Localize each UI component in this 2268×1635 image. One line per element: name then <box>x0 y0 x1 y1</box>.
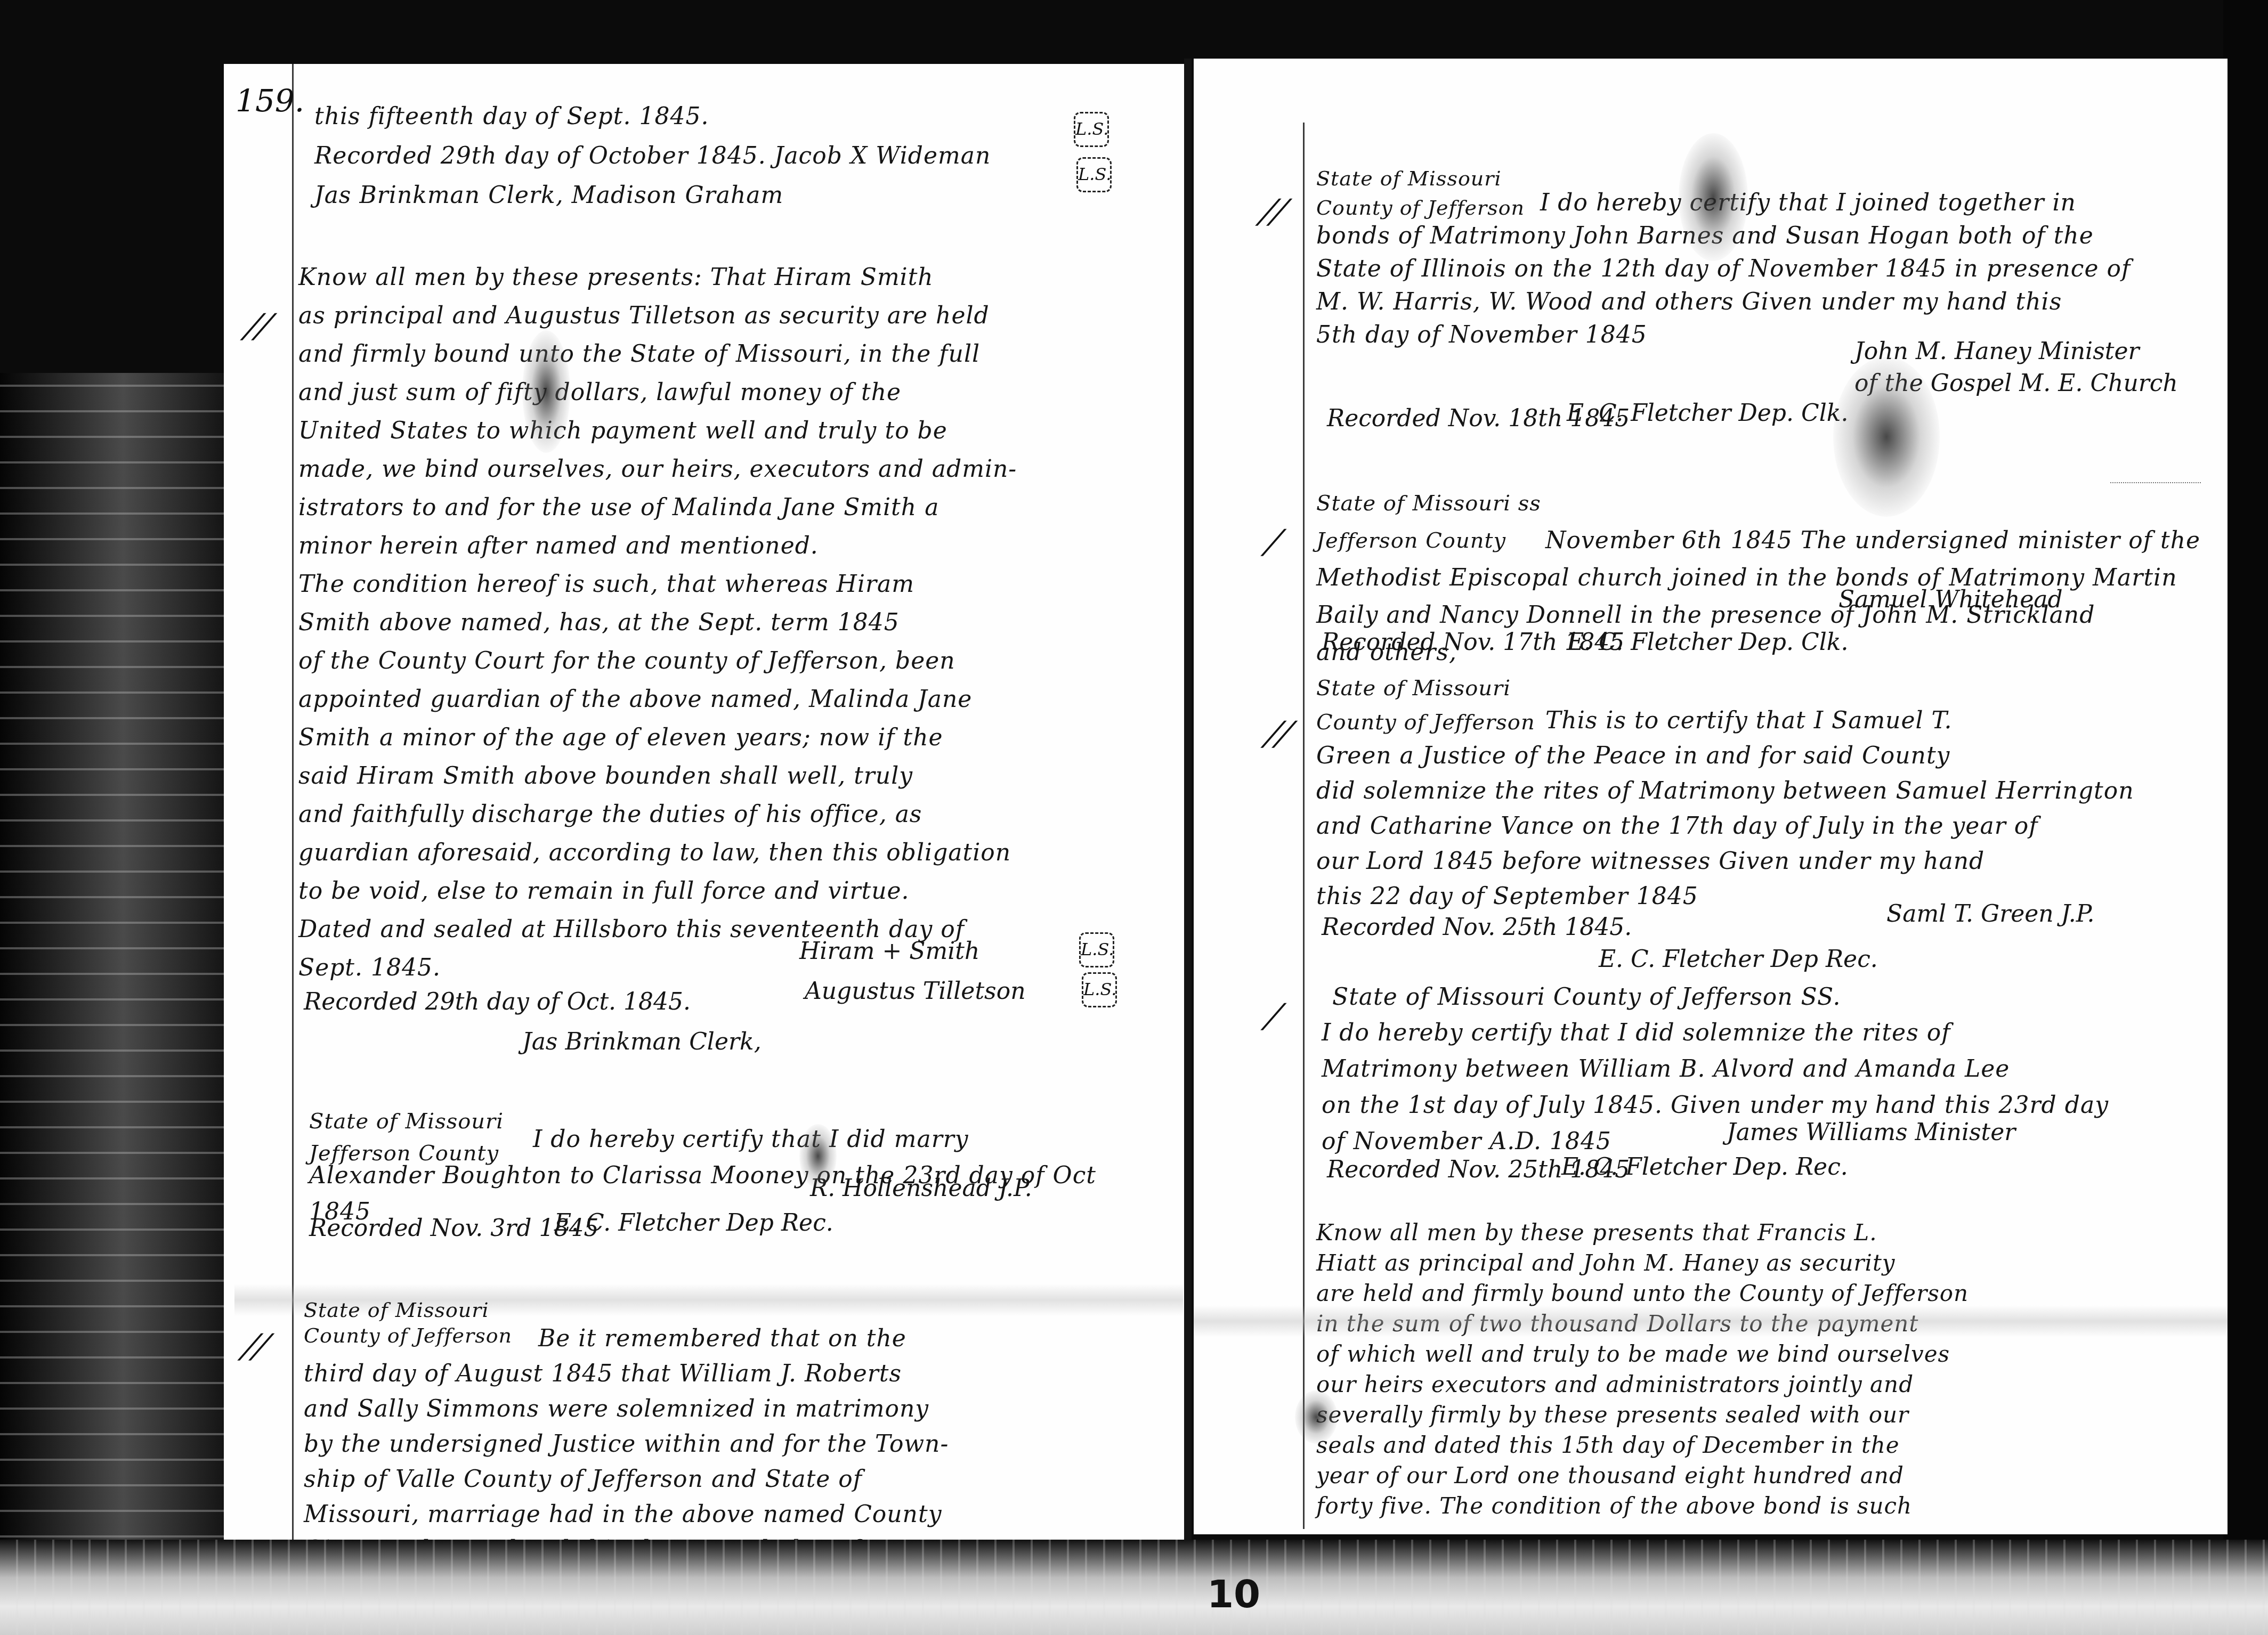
right-background <box>2223 0 2268 1545</box>
page-number: 159. <box>236 83 304 119</box>
clerk-signature: E. C. Fletcher Dep. Clk. <box>1567 400 1848 427</box>
margin-mark: // <box>238 1327 274 1365</box>
margin-mark: // <box>1256 192 1292 231</box>
entry-marriage-herrington: This is to certify that I Samuel T. Gree… <box>1316 703 2222 914</box>
clerk-signature: E. C. Fletcher Dep Rec. <box>554 1209 833 1237</box>
margin-mark: // <box>1261 714 1298 753</box>
right-page: // State of Missouri County of Jefferson… <box>1194 59 2227 1534</box>
entry-marriage-barnes: I do hereby certify that I joined togeth… <box>1316 186 2222 352</box>
margin-mark: / <box>1261 522 1286 561</box>
footer-page-number: 10 <box>1207 1572 1260 1616</box>
officiant-signature: Saml T. Green J.P. <box>1886 900 2094 928</box>
margin-mark: / <box>1261 996 1286 1035</box>
signature: Hiram + Smith <box>799 938 979 965</box>
scan-blur <box>1194 1305 2227 1337</box>
clerk-signature: Jas Brinkman Clerk, <box>522 1028 762 1055</box>
book-gutter <box>1184 59 1192 1545</box>
signature: Augustus Tilletson <box>805 978 1025 1005</box>
divider <box>2110 482 2201 483</box>
ink-smudge <box>522 330 570 453</box>
entry-heading: State of Missouri County of Jefferson SS… <box>1332 978 2238 1017</box>
margin-mark: // <box>241 306 277 345</box>
ink-smudge <box>1833 357 1940 517</box>
clerk-signature: E. C. Fletcher Dep. Clk. <box>1567 629 1848 656</box>
ink-smudge <box>1295 1390 1338 1444</box>
recorded-line: Recorded 29th day of Oct. 1845. <box>304 988 691 1015</box>
ink-smudge <box>799 1124 837 1188</box>
officiant-signature: R. Hollenshead J.P. <box>810 1175 1032 1202</box>
seal-ls: L.S. <box>1076 157 1112 192</box>
officiant-signature: James Williams Minister <box>1727 1119 2015 1146</box>
clerk-signature: E. C. Fletcher Dep. Rec. <box>1561 1153 1848 1181</box>
background-table-surface <box>0 373 224 1635</box>
entry-bond-continuation: this fifteenth day of Sept. 1845. Record… <box>314 97 1114 215</box>
officiant-signature: Samuel Whitehead <box>1838 586 2063 613</box>
recorded-line: Recorded Nov. 25th 1845. <box>1322 914 1632 941</box>
ink-smudge <box>1679 133 1748 261</box>
seal-ls: L.S. <box>1074 112 1109 147</box>
clerk-signature: E. C. Fletcher Dep Rec. <box>1599 946 1878 973</box>
entry-bond-hiatt: Know all men by these presents that Fran… <box>1316 1217 2222 1521</box>
left-page: 159. this fifteenth day of Sept. 1845. R… <box>224 64 1188 1550</box>
book-bottom-edge <box>0 1540 2268 1635</box>
entry-guardian-bond: Know all men by these presents: That Hir… <box>298 258 1172 987</box>
seal-ls: L.S. <box>1079 932 1114 967</box>
seal-ls: L.S. <box>1082 972 1117 1007</box>
margin-rule <box>292 64 294 1550</box>
